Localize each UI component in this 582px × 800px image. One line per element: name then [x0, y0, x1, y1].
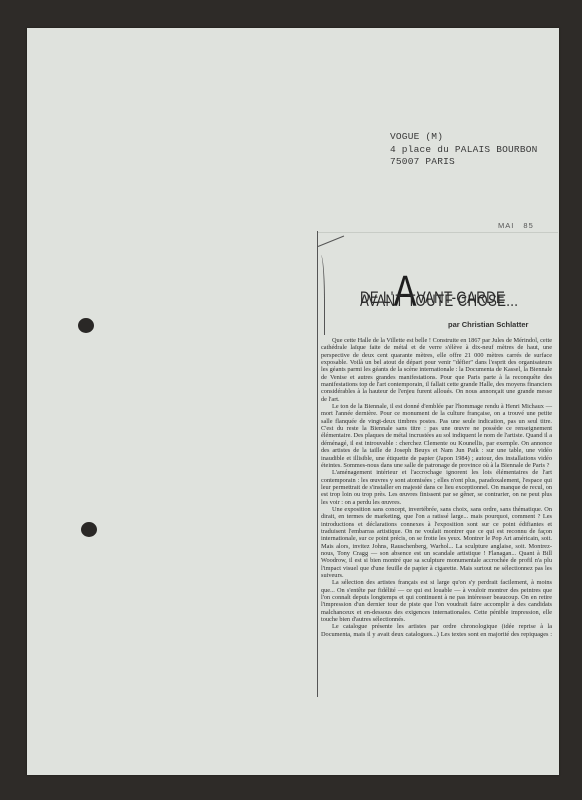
stamp-line: 4 place du PALAIS BOURBON — [390, 144, 538, 157]
punch-hole — [78, 318, 94, 333]
paragraph: Le ton de la Biennale, il est donné d'em… — [321, 403, 552, 469]
paragraph: Que cette Halle de la Villette est belle… — [321, 337, 552, 403]
article-byline: par Christian Schlatter — [448, 320, 528, 329]
stamp-line: VOGUE (M) — [390, 131, 538, 144]
stamp-line: 75007 PARIS — [390, 156, 538, 169]
paragraph: Une exposition sans concept, invertébrée… — [321, 506, 552, 579]
date-stamp: MAI 85 — [498, 221, 534, 230]
punch-hole — [81, 522, 97, 537]
clipping-border-top — [318, 232, 558, 233]
paragraph: Le catalogue présente les artistes par o… — [321, 623, 552, 638]
press-agency-stamp: VOGUE (M) 4 place du PALAIS BOURBON 7500… — [390, 131, 538, 169]
article-body: Que cette Halle de la Villette est belle… — [321, 337, 552, 638]
paragraph: La sélection des artistes français est s… — [321, 579, 552, 623]
paragraph: L'aménagement intérieur et l'accrochage … — [321, 469, 552, 506]
headline-line-2: AVANT TOUTE CHOSE... — [360, 291, 518, 310]
